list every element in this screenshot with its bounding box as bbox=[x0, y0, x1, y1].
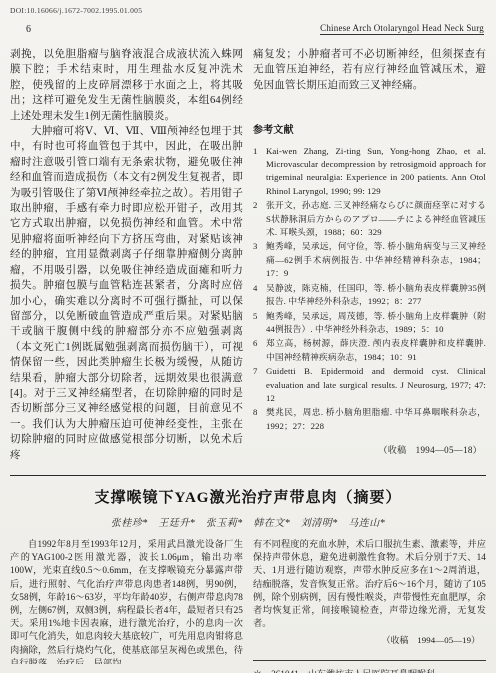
article2-left-column: 自1992年8月至1993年12月，采用武昌激光设备厂生产的YAG100-2医用… bbox=[10, 538, 243, 664]
article1-received-date: （收稿 1994—05—18） bbox=[253, 443, 486, 458]
reference-item: 6 郑立高，杨树源，薛庆澄. 颅内表皮样囊肿和皮样囊肿. 中国神经精神疾病杂志，… bbox=[253, 337, 486, 364]
page-number: 6 bbox=[26, 24, 31, 35]
journal-running-head: Chinese Arch Otolaryngol Head Neck Surg bbox=[320, 23, 484, 35]
article2-received-date: （收稿 1994—05—19） bbox=[253, 634, 486, 647]
reference-number: 3 bbox=[253, 240, 266, 280]
article2-title: 支撑喉镜下YAG激光治疗声带息肉（摘要） bbox=[10, 486, 486, 507]
article1-left-column: 剥挽，以免胆脂瘤与脑脊液混合成液状流入蛛网膜下腔；手术结束时，用生理盐水反复冲洗… bbox=[10, 47, 243, 465]
doi-text: DOI:10.16066/j.1672-7002.1995.01.005 bbox=[10, 6, 486, 15]
article1-right-column: 痛复发；小肿瘤者可不必切断神经，但须探查有无血管压迫神经，若有应行神经血管减压术… bbox=[253, 47, 486, 465]
article2-right-column: 有不同程度的充血水肿，术后口服抗生素、激素等，并应保持声带休息，避免进刺激性食物… bbox=[253, 538, 486, 673]
reference-item: 5 鲍秀峰，吴承远，周茂德，等. 桥小脑角上皮样囊肿（附44例报告）. 中华神经… bbox=[253, 310, 486, 337]
reference-item: 7 Guidetti B. Epidermoid and dermoid cys… bbox=[253, 365, 486, 405]
reference-item: 3 鲍秀峰，吴承远，何守俭，等. 桥小脑角病变与三叉神经痛—62例手术病例报告.… bbox=[253, 240, 486, 280]
reference-text: 张开文，孙志庭. 三叉神经痛ならびに颜面痉挛に对するS状静脉洞后方からのアプロ—… bbox=[266, 199, 486, 239]
article2-abstract-right: 有不同程度的充血水肿，术后口服抗生素、激素等，并应保持声带休息，避免进刺激性食物… bbox=[253, 538, 486, 630]
reference-number: 4 bbox=[253, 282, 266, 309]
author-affiliation-footnote: ＊ 261041 山东潍坊市人民医院耳鼻咽喉科 bbox=[253, 660, 486, 673]
reference-text: Kai-wen Zhang, Zi-ting Sun, Yong-hong Zh… bbox=[266, 145, 486, 199]
reference-text: 吴静波，陈克楠，任国印，等. 桥小脑角表皮样囊肿35例报告. 中华神经外科杂志，… bbox=[266, 282, 486, 309]
reference-text: 鲍秀峰，吴承远，周茂德，等. 桥小脑角上皮样囊肿（附44例报告）. 中华神经外科… bbox=[266, 310, 486, 337]
article-divider-rule bbox=[10, 475, 486, 476]
article1-columns: 剥挽，以免胆脂瘤与脑脊液混合成液状流入蛛网膜下腔；手术结束时，用生理盐水反复冲洗… bbox=[10, 47, 486, 465]
reference-item: 8 樊兆民，周忠. 桥小脑角胆脂瘤. 中华耳鼻咽喉科杂志，1992；27：228 bbox=[253, 406, 486, 433]
article1-paragraph-continuation: 剥挽，以免胆脂瘤与脑脊液混合成液状流入蛛网膜下腔；手术结束时，用生理盐水反复冲洗… bbox=[10, 47, 243, 124]
article2-authors: 张桂珍* 王廷升* 张玉莉* 韩在文* 刘清明* 马连山* bbox=[10, 514, 486, 529]
reference-text: 樊兆民，周忠. 桥小脑角胆脂瘤. 中华耳鼻咽喉科杂志，1992；27：228 bbox=[266, 406, 486, 433]
reference-number: 6 bbox=[253, 337, 266, 364]
reference-item: 1 Kai-wen Zhang, Zi-ting Sun, Yong-hong … bbox=[253, 145, 486, 199]
article2-abstract-left: 自1992年8月至1993年12月，采用武昌激光设备厂生产的YAG100-2医用… bbox=[10, 538, 243, 664]
article1-paragraph-2: 大肿瘤可将Ⅴ、Ⅵ、Ⅶ、Ⅷ颅神经包埋于其中，有时也可将血管包于其中，因此，在吸出肿… bbox=[10, 124, 243, 463]
reference-text: Guidetti B. Epidermoid and dermoid cyst.… bbox=[266, 365, 486, 405]
article2-columns: 自1992年8月至1993年12月，采用武昌激光设备厂生产的YAG100-2医用… bbox=[10, 538, 486, 673]
reference-item: 4 吴静波，陈克楠，任国印，等. 桥小脑角表皮样囊肿35例报告. 中华神经外科杂… bbox=[253, 282, 486, 309]
scanned-journal-page: DOI:10.16066/j.1672-7002.1995.01.005 6 C… bbox=[0, 0, 496, 673]
reference-number: 5 bbox=[253, 310, 266, 337]
references-heading: 参考文献 bbox=[253, 123, 486, 138]
reference-number: 2 bbox=[253, 199, 266, 239]
reference-text: 鲍秀峰，吴承远，何守俭，等. 桥小脑角病变与三叉神经痛—62例手术病例报告. 中… bbox=[266, 240, 486, 280]
reference-number: 8 bbox=[253, 406, 266, 433]
reference-number: 7 bbox=[253, 365, 266, 405]
page-header: 6 Chinese Arch Otolaryngol Head Neck Sur… bbox=[10, 23, 486, 35]
article1-paragraph-end: 痛复发；小肿瘤者可不必切断神经，但须探查有无血管压迫神经，若有应行神经血管减压术… bbox=[253, 47, 486, 93]
reference-item: 2 张开文，孙志庭. 三叉神经痛ならびに颜面痉挛に对するS状静脉洞后方からのアプ… bbox=[253, 199, 486, 239]
reference-number: 1 bbox=[253, 145, 266, 199]
reference-text: 郑立高，杨树源，薛庆澄. 颅内表皮样囊肿和皮样囊肿. 中国神经精神疾病杂志，19… bbox=[266, 337, 486, 364]
